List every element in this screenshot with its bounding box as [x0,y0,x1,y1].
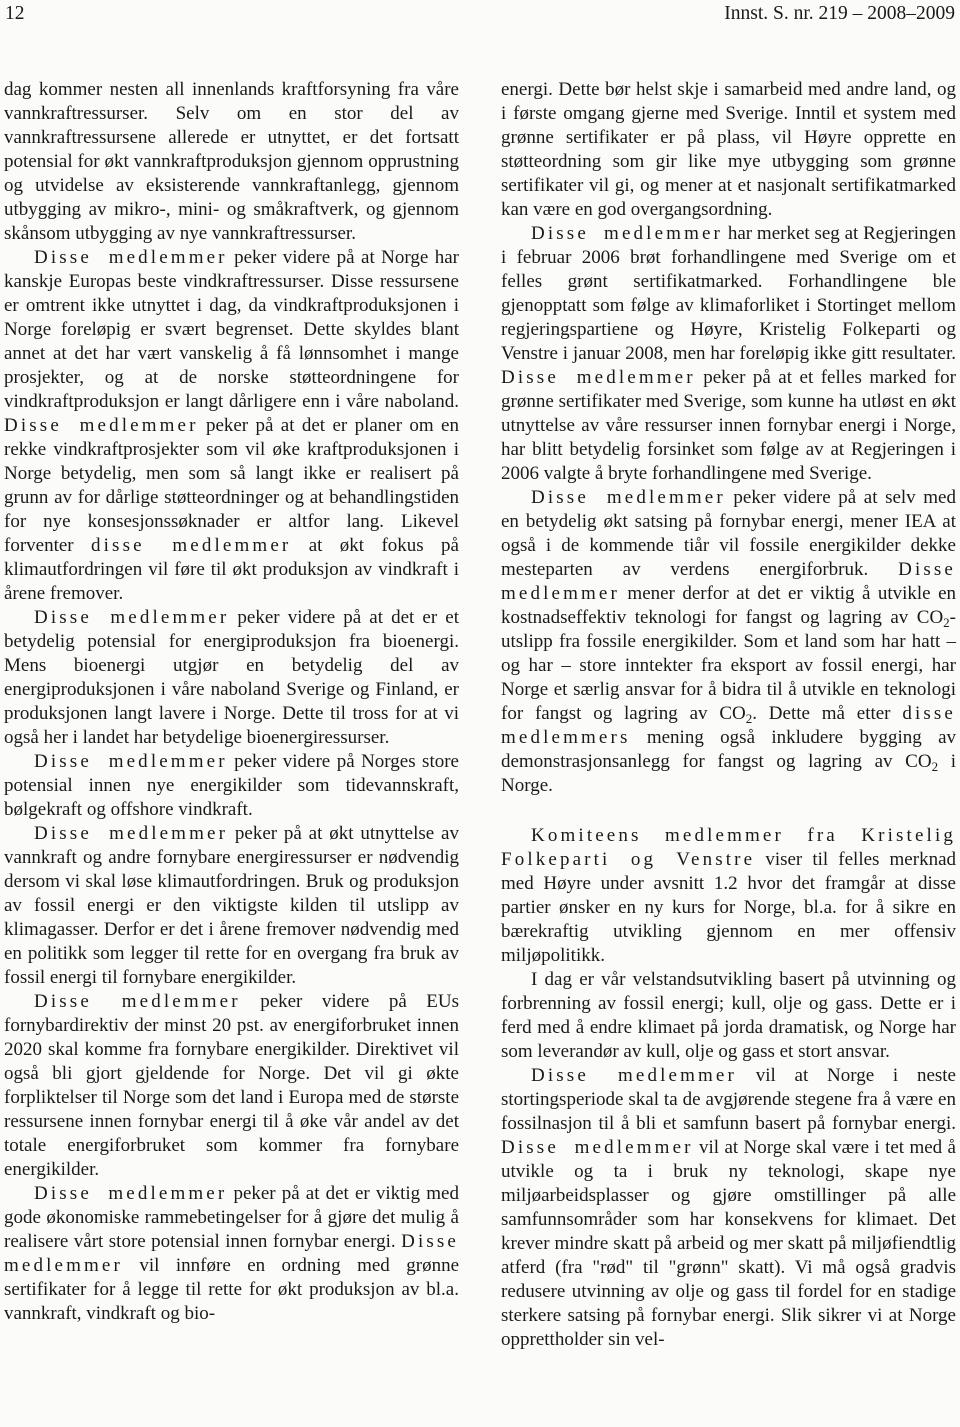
member-designation-spaced: Disse medlemmer [501,1137,694,1158]
paragraph: Disse medlemmer peker videre på EUs forn… [4,990,459,1182]
text-run: peker på at økt utnyttelse av vannkraft … [4,823,459,988]
member-designation-spaced: Disse medlemmer [34,1183,227,1204]
paragraph: Disse medlemmer peker på at det er vikti… [4,1182,459,1326]
paragraph: Disse medlemmer peker videre på at det e… [4,606,459,750]
subscript-text: 2 [932,759,939,774]
paragraph: Disse medlemmer peker videre på at selv … [501,486,956,798]
paragraph: Disse medlemmer vil at Norge i neste sto… [501,1064,956,1352]
member-designation-spaced: Disse medlemmer [34,607,229,628]
text-run: vil at Norge skal være i tet med å utvik… [501,1137,956,1350]
member-designation-spaced: Disse medlemmer [501,367,696,388]
paragraph: Disse medlemmer har merket seg at Regjer… [501,222,956,486]
text-run: peker videre på EUs fornybardirektiv der… [4,991,459,1180]
right-column: energi. Dette bør helst skje i samarbeid… [501,78,956,1352]
paragraph: dag kommer nesten all innenlands kraftfo… [4,78,459,246]
text-columns: dag kommer nesten all innenlands kraftfo… [4,78,956,1352]
paragraph: Disse medlemmer peker på at økt utnyttel… [4,822,459,990]
member-designation-spaced: Disse medlemmer [34,247,228,268]
member-designation-spaced: Disse medlemmer [34,751,228,772]
page-header: 12 Innst. S. nr. 219 – 2008–2009 [4,3,956,25]
text-run: peker videre på at Norge har kanskje Eur… [4,247,459,412]
page-number: 12 [5,3,25,25]
paragraph: energi. Dette bør helst skje i samarbeid… [501,78,956,222]
left-column: dag kommer nesten all innenlands kraftfo… [4,78,459,1352]
text-run: har merket seg at Regjeringen i februar … [501,223,956,364]
member-designation-spaced: Disse medlemmer [34,991,241,1012]
text-run: peker videre på at det er et betydelig p… [4,607,459,748]
member-designation-spaced: Disse medlemmer [531,223,723,244]
member-designation-spaced: Disse medlemmer [4,415,199,436]
paragraph: Disse medlemmer peker videre på Norges s… [4,750,459,822]
subscript-text: 2 [746,711,753,726]
text-run: . Dette må etter [752,703,902,724]
member-designation-spaced: disse medlemmer [91,535,291,556]
member-designation-spaced: Disse medlemmer [531,487,726,508]
paragraph: I dag er vår velstandsutvikling basert p… [501,968,956,1064]
member-designation-spaced: Disse medlemmer [531,1065,737,1086]
document-page: 12 Innst. S. nr. 219 – 2008–2009 dag kom… [0,0,960,1427]
document-reference: Innst. S. nr. 219 – 2008–2009 [724,3,955,25]
text-run: I dag er vår velstandsutvikling basert p… [501,969,956,1062]
text-run: energi. Dette bør helst skje i samarbeid… [501,79,956,220]
paragraph: Komiteens medlemmer fra Kristelig Folkep… [501,824,956,968]
member-designation-spaced: Disse medlemmer [34,823,228,844]
subscript-text: 2 [943,615,950,630]
paragraph: Disse medlemmer peker videre på at Norge… [4,246,459,606]
text-run: dag kommer nesten all innenlands kraftfo… [4,79,459,244]
